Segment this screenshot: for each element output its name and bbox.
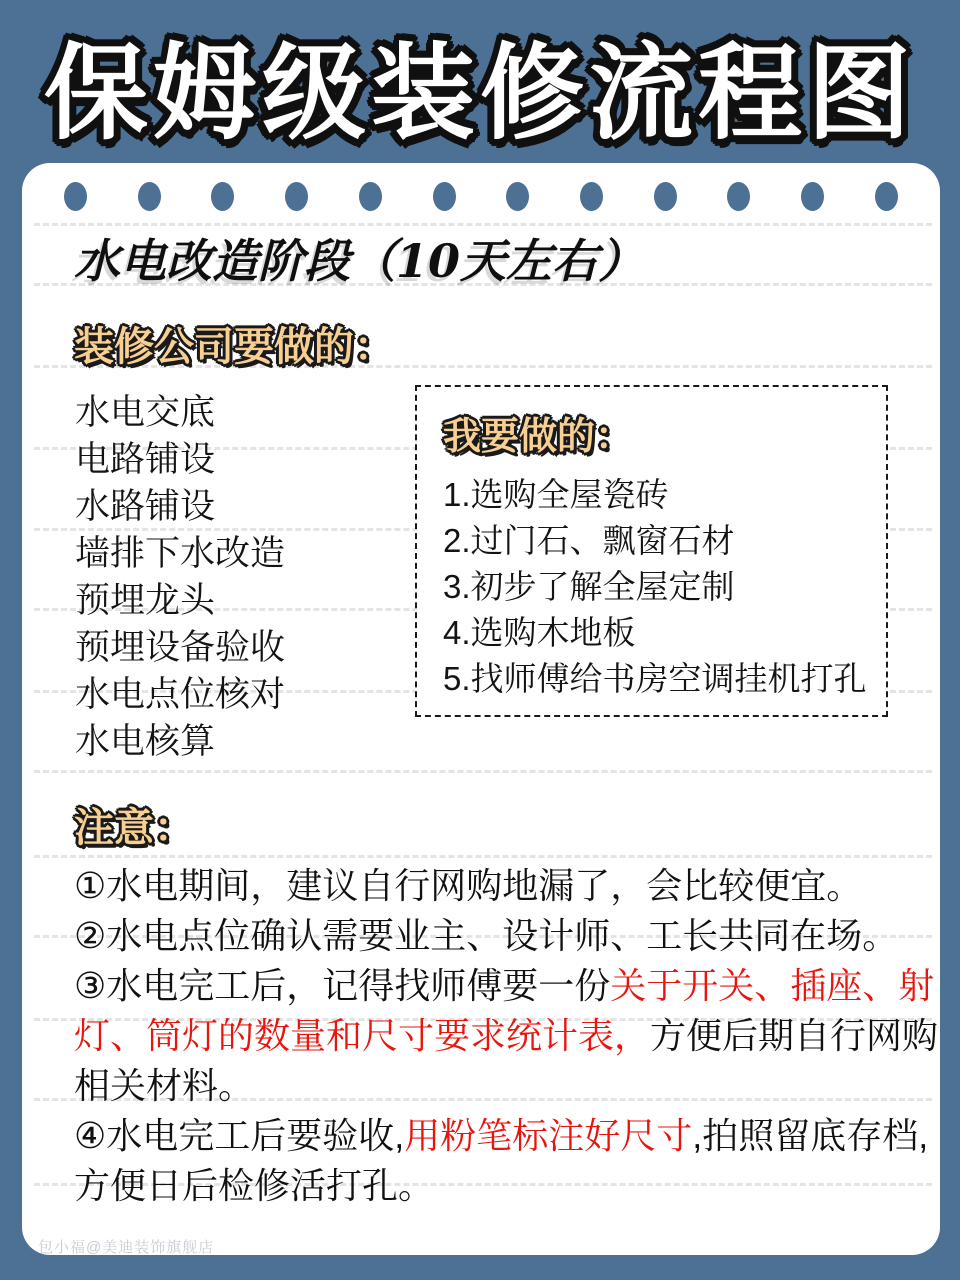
hole-dot-icon: [138, 182, 161, 211]
notice-line: ③水电完工后，记得找师傅要一份关于开关、插座、射: [74, 961, 938, 1011]
notice-text-segment: ②水电点位确认需要业主、设计师、工长共同在场。: [74, 915, 898, 956]
hole-dot-icon: [64, 182, 87, 211]
notice-paragraphs: ①水电期间，建议自行网购地漏了，会比较便宜。 ②水电点位确认需要业主、设计师、工…: [74, 861, 938, 1211]
notice-line: 相关材料。: [74, 1061, 938, 1111]
notebook-card: 水电改造阶段（10天左右） 装修公司要做的： 水电交底 电路铺设 水路铺设 墙排…: [22, 163, 940, 1255]
notice-text-segment: 用粉笔标注好尺寸: [404, 1115, 692, 1156]
list-item: 水电核算: [75, 718, 285, 765]
hole-dot-icon: [359, 182, 382, 211]
notice-text-segment: 关于开关、插座、射: [610, 965, 934, 1006]
ruled-line: [34, 855, 932, 858]
notice-text-segment: ,拍照留底存档,: [692, 1115, 928, 1156]
todo-section-heading: 我要做的：: [443, 405, 878, 460]
notice-text-segment: ①水电期间，建议自行网购地漏了，会比较便宜。: [74, 865, 862, 906]
my-todo-box: 我要做的： 1.选购全屋瓷砖 2.过门石、飘窗石材 3.初步了解全屋定制 4.选…: [415, 385, 888, 717]
watermark: 包小福@美迪装饰旗舰店: [38, 1236, 214, 1257]
hole-dot-icon: [506, 182, 529, 211]
list-item: 水路铺设: [75, 483, 285, 530]
notice-text-segment: ③水电完工后，记得找师傅要一份: [74, 965, 610, 1006]
hole-dot-icon: [801, 182, 824, 211]
ruled-line: [34, 770, 932, 773]
company-task-list: 水电交底 电路铺设 水路铺设 墙排下水改造 预埋龙头 预埋设备验收 水电点位核对…: [75, 389, 285, 765]
notice-line: ④水电完工后要验收,用粉笔标注好尺寸,拍照留底存档,: [74, 1111, 938, 1161]
hole-dot-icon: [875, 182, 898, 211]
list-item: 电路铺设: [75, 436, 285, 483]
notice-line: 灯、筒灯的数量和尺寸要求统计表，方便后期自行网购: [74, 1011, 938, 1061]
notice-text-segment: ④水电完工后要验收,: [74, 1115, 404, 1156]
notice-text-segment: 方便后期自行网购: [650, 1015, 938, 1056]
hole-dot-icon: [211, 182, 234, 211]
notice-line: ①水电期间，建议自行网购地漏了，会比较便宜。: [74, 861, 938, 911]
hole-dot-icon: [727, 182, 750, 211]
hole-dot-icon: [580, 182, 603, 211]
list-item: 预埋龙头: [75, 577, 285, 624]
notice-text-segment: 相关材料。: [74, 1065, 254, 1106]
notice-text-segment: 灯、筒灯的数量和尺寸要求统计表，: [74, 1015, 650, 1056]
list-item: 5.找师傅给书房空调挂机打孔: [443, 656, 878, 702]
hole-dot-icon: [433, 182, 456, 211]
notice-line: ②水电点位确认需要业主、设计师、工长共同在场。: [74, 911, 938, 961]
notice-text-segment: 方便日后检修活打孔。: [74, 1165, 434, 1206]
list-item: 预埋设备验收: [75, 624, 285, 671]
company-section-heading: 装修公司要做的：: [74, 315, 394, 372]
list-item: 水电交底: [75, 389, 285, 436]
my-todo-list: 1.选购全屋瓷砖 2.过门石、飘窗石材 3.初步了解全屋定制 4.选购木地板 5…: [443, 472, 878, 702]
hole-dot-icon: [654, 182, 677, 211]
list-item: 墙排下水改造: [75, 530, 285, 577]
list-item: 2.过门石、飘窗石材: [443, 518, 878, 564]
list-item: 水电点位核对: [75, 671, 285, 718]
page-title: 保姆级装修流程图: [0, 0, 960, 168]
hole-dot-icon: [285, 182, 308, 211]
list-item: 4.选购木地板: [443, 610, 878, 656]
list-item: 3.初步了解全屋定制: [443, 564, 878, 610]
notice-line: 方便日后检修活打孔。: [74, 1161, 938, 1211]
notice-section-heading: 注意：: [74, 796, 194, 853]
notebook-holes-row: [64, 181, 898, 211]
stage-title: 水电改造阶段（10天左右）: [74, 225, 644, 291]
list-item: 1.选购全屋瓷砖: [443, 472, 878, 518]
